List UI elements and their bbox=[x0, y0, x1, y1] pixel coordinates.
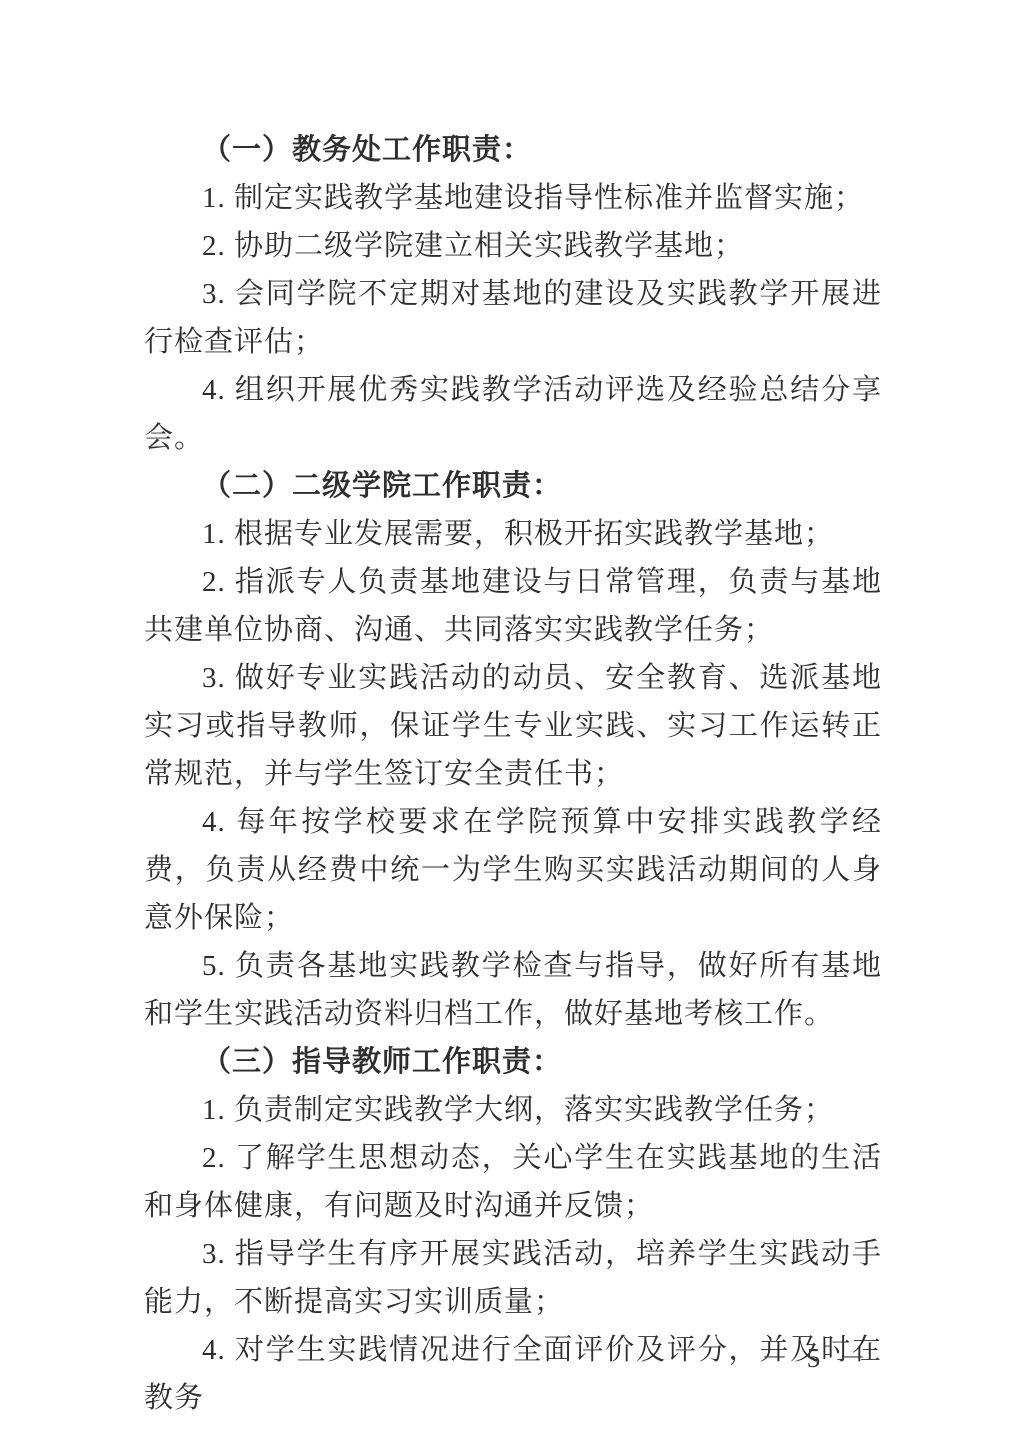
section-3-heading: （三）指导教师工作职责： bbox=[144, 1038, 882, 1086]
section-3-item-2: 2. 了解学生思想动态，关心学生在实践基地的生活和身体健康，有问题及时沟通并反馈… bbox=[144, 1134, 882, 1230]
section-1-item-2: 2. 协助二级学院建立相关实践教学基地； bbox=[144, 222, 882, 270]
section-1-item-3: 3. 会同学院不定期对基地的建设及实践教学开展进行检查评估； bbox=[144, 270, 882, 366]
section-1-item-4: 4. 组织开展优秀实践教学活动评选及经验总结分享会。 bbox=[144, 366, 882, 462]
section-3-item-1: 1. 负责制定实践教学大纲，落实实践教学任务； bbox=[144, 1086, 882, 1134]
section-1-heading: （一）教务处工作职责： bbox=[144, 126, 882, 174]
section-2-item-1: 1. 根据专业发展需要，积极开拓实践教学基地； bbox=[144, 510, 882, 558]
document-page: （一）教务处工作职责：1. 制定实践教学基地建设指导性标准并监督实施；2. 协助… bbox=[0, 0, 1024, 1448]
section-2-item-5: 5. 负责各基地实践教学检查与指导，做好所有基地和学生实践活动资料归档工作，做好… bbox=[144, 942, 882, 1038]
section-3-item-3: 3. 指导学生有序开展实践活动，培养学生实践动手能力，不断提高实习实训质量； bbox=[144, 1230, 882, 1326]
section-2-item-4: 4. 每年按学校要求在学院预算中安排实践教学经费，负责从经费中统一为学生购买实践… bbox=[144, 798, 882, 942]
section-1-item-1: 1. 制定实践教学基地建设指导性标准并监督实施； bbox=[144, 174, 882, 222]
document-body: （一）教务处工作职责：1. 制定实践教学基地建设指导性标准并监督实施；2. 协助… bbox=[144, 126, 882, 1422]
section-2-item-3: 3. 做好专业实践活动的动员、安全教育、选派基地实习或指导教师，保证学生专业实践… bbox=[144, 654, 882, 798]
section-2-item-2: 2. 指派专人负责基地建设与日常管理，负责与基地共建单位协商、沟通、共同落实实践… bbox=[144, 558, 882, 654]
section-2-heading: （二）二级学院工作职责： bbox=[144, 462, 882, 510]
page-number: － 5 － bbox=[761, 1336, 872, 1375]
